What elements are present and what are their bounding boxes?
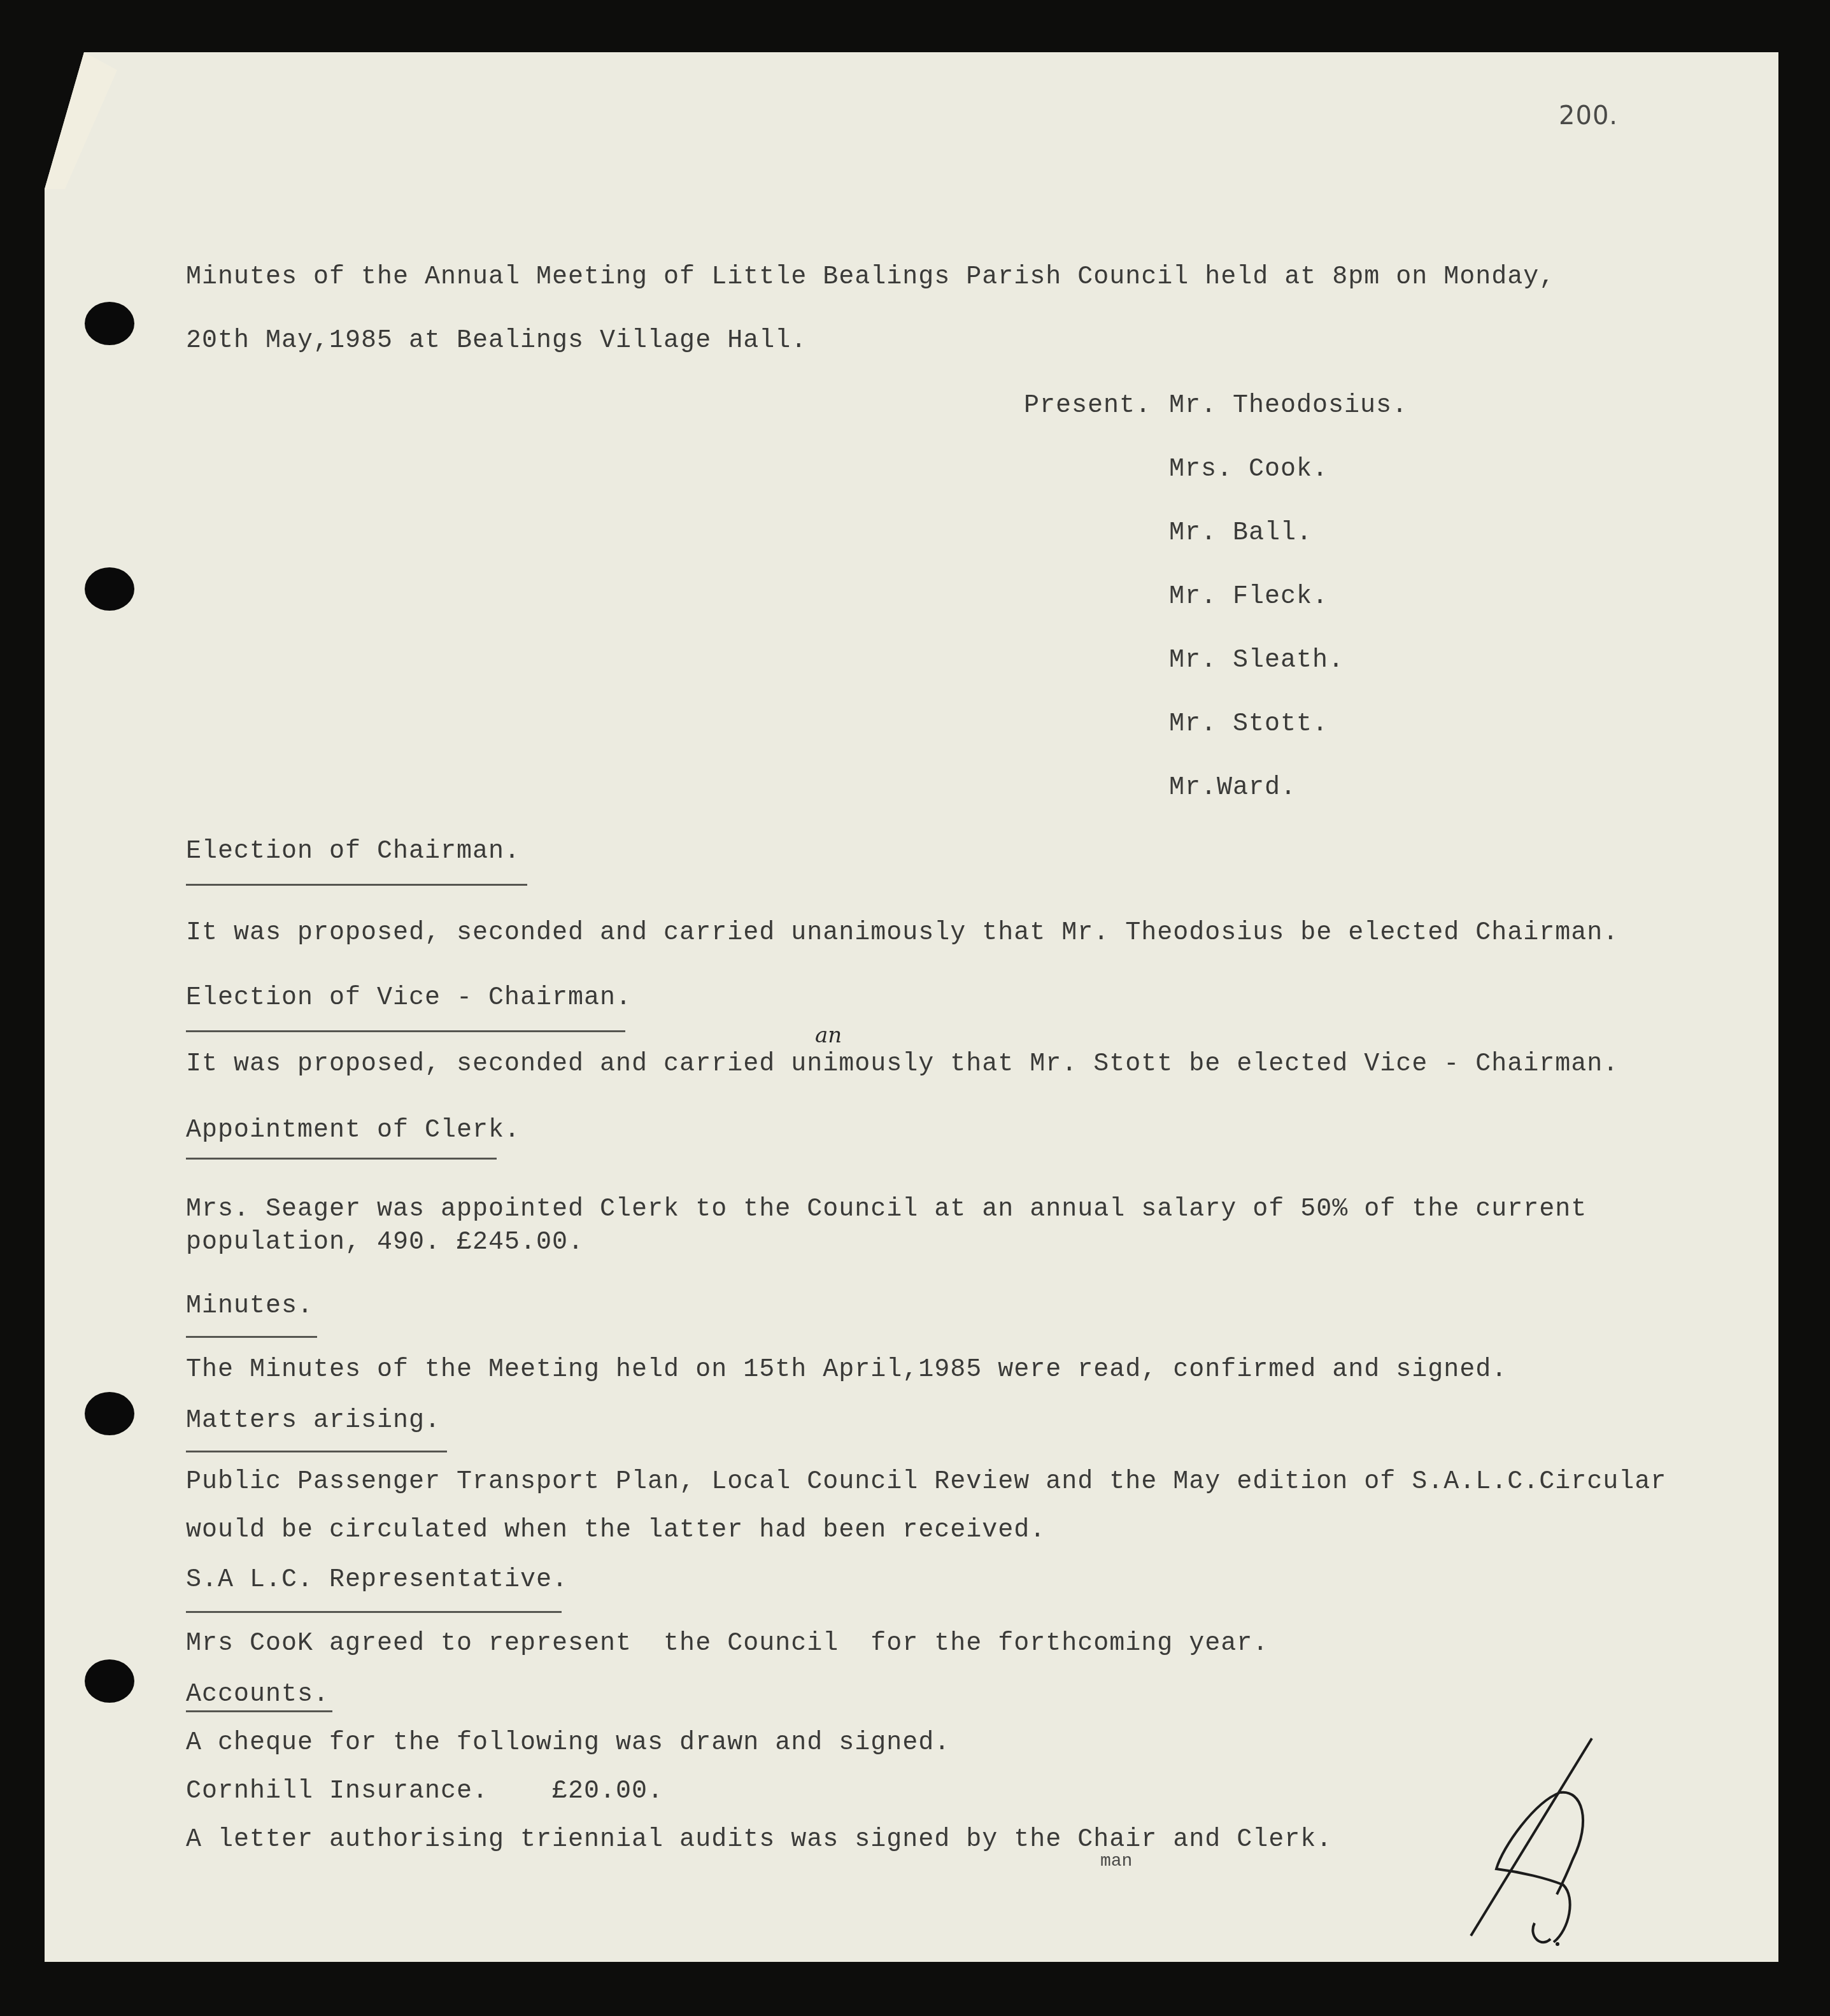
present-label: Present. xyxy=(1024,394,1151,419)
heading-underline xyxy=(186,1336,317,1338)
section-heading: Matters arising. xyxy=(186,1409,441,1434)
section-body: population, 490. £245.00. xyxy=(186,1230,584,1256)
section-body: It was proposed, seconded and carried un… xyxy=(186,1052,1619,1077)
section-body: It was proposed, seconded and carried un… xyxy=(186,921,1619,946)
section-body: Public Passenger Transport Plan, Local C… xyxy=(186,1470,1666,1495)
present-member: Mr.Ward. xyxy=(1169,776,1296,801)
section-heading: Minutes. xyxy=(186,1294,313,1319)
heading-underline xyxy=(186,884,527,886)
heading-underline xyxy=(186,1710,332,1712)
signature-icon xyxy=(1465,1732,1630,1949)
section-body: Mrs CooK agreed to represent the Council… xyxy=(186,1631,1268,1657)
present-member: Mrs. Cook. xyxy=(1169,457,1328,483)
present-member: Mr. Stott. xyxy=(1169,712,1328,737)
section-body: A cheque for the following was drawn and… xyxy=(186,1731,950,1756)
heading-underline xyxy=(186,1030,625,1032)
section-body: The Minutes of the Meeting held on 15th … xyxy=(186,1358,1507,1383)
intro-line-1: Minutes of the Annual Meeting of Little … xyxy=(186,265,1555,290)
heading-underline xyxy=(186,1611,562,1613)
section-heading: Appointment of Clerk. xyxy=(186,1118,520,1144)
superscript-insert: man xyxy=(1100,1852,1132,1871)
intro-line-2: 20th May,1985 at Bealings Village Hall. xyxy=(186,329,807,354)
present-member: Mr. Theodosius. xyxy=(1169,394,1408,419)
section-heading: Accounts. xyxy=(186,1682,329,1708)
section-body: would be circulated when the latter had … xyxy=(186,1518,1046,1544)
page-number: 200. xyxy=(1559,103,1618,129)
section-heading: S.A L.C. Representative. xyxy=(186,1568,568,1593)
punch-hole xyxy=(85,567,134,611)
heading-underline xyxy=(186,1451,447,1452)
section-body: Mrs. Seager was appointed Clerk to the C… xyxy=(186,1197,1587,1223)
present-member: Mr. Sleath. xyxy=(1169,648,1344,674)
section-heading: Election of Vice - Chairman. xyxy=(186,986,632,1011)
heading-underline xyxy=(186,1158,497,1160)
section-body: Cornhill Insurance. £20.00. xyxy=(186,1779,663,1805)
punch-hole xyxy=(85,1659,134,1703)
present-member: Mr. Ball. xyxy=(1169,521,1312,546)
present-member: Mr. Fleck. xyxy=(1169,585,1328,610)
punch-hole xyxy=(85,302,134,345)
punch-hole xyxy=(85,1392,134,1435)
section-heading: Election of Chairman. xyxy=(186,839,520,865)
handwritten-correction: an xyxy=(815,1023,842,1048)
section-body: A letter authorising triennial audits wa… xyxy=(186,1828,1332,1853)
